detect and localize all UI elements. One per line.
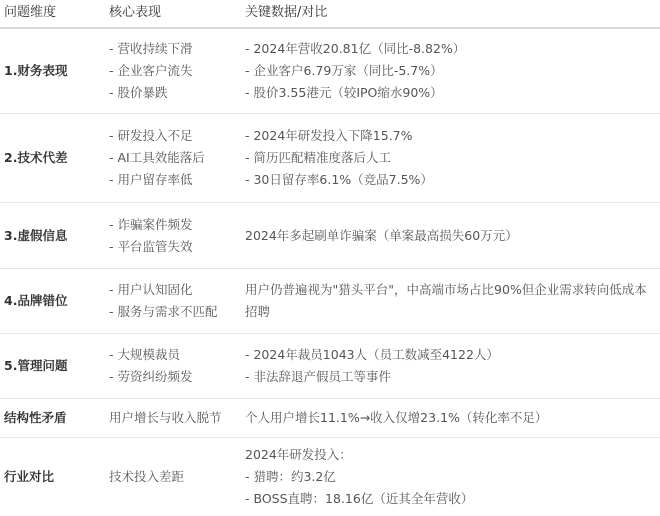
key-data-cell: 用户仍普遍视为"猎头平台"，中高端市场占比90%但企业需求转向低成本招聘 [245,279,660,323]
symptom-item: - 股价暴跌 [109,82,245,104]
dimension-cell: 结构性矛盾 [0,407,109,429]
key-data-cell: - 2024年营收20.81亿（同比-8.82%） - 企业客户6.79万家（同… [245,38,660,104]
symptom-item: - AI工具效能落后 [109,147,245,169]
table-row-false-info: 3.虚假信息 - 诈骗案件频发 - 平台监管失效 2024年多起刷单诈骗案（单案… [0,203,660,269]
symptom-item: - 用户认知固化 [109,279,245,301]
data-item: - 猎聘：约3.2亿 [245,466,654,488]
symptom-item: - 大规模裁员 [109,344,245,366]
data-item: - 2024年营收20.81亿（同比-8.82%） [245,38,654,60]
table-row-brand-misalignment: 4.品牌错位 - 用户认知固化 - 服务与需求不匹配 用户仍普遍视为"猎头平台"… [0,269,660,334]
dimension-cell: 1.财务表现 [0,60,109,82]
dimension-cell: 5.管理问题 [0,355,109,377]
dimension-cell: 行业对比 [0,466,109,488]
symptoms-cell: - 研发投入不足 - AI工具效能落后 - 用户留存率低 [109,125,245,191]
key-data-cell: 个人用户增长11.1%→收入仅增23.1%（转化率不足） [245,407,660,429]
key-data-cell: - 2024年裁员1043人（员工数减至4122人） - 非法辞退产假员工等事件 [245,344,660,388]
table-row-industry-comparison: 行业对比 技术投入差距 2024年研发投入： - 猎聘：约3.2亿 - BOSS… [0,438,660,516]
symptoms-cell: - 用户认知固化 - 服务与需求不匹配 [109,279,245,323]
symptom-item: - 企业客户流失 [109,60,245,82]
symptoms-cell: 技术投入差距 [109,466,245,488]
symptom-item: - 营收持续下滑 [109,38,245,60]
symptom-item: - 研发投入不足 [109,125,245,147]
symptom-item: - 服务与需求不匹配 [109,301,245,323]
header-dimension: 问题维度 [0,2,109,24]
symptom-item: - 劳资纠纷频发 [109,366,245,388]
table-row-structural-conflict: 结构性矛盾 用户增长与收入脱节 个人用户增长11.1%→收入仅增23.1%（转化… [0,399,660,438]
dimension-cell: 4.品牌错位 [0,290,109,312]
symptom-item: - 用户留存率低 [109,169,245,191]
symptoms-cell: - 大规模裁员 - 劳资纠纷频发 [109,344,245,388]
dimension-cell: 3.虚假信息 [0,225,109,247]
data-item: 个人用户增长11.1%→收入仅增23.1%（转化率不足） [245,407,654,429]
table-header-row: 问题维度 核心表现 关键数据/对比 [0,0,660,29]
data-item: - 企业客户6.79万家（同比-5.7%） [245,60,654,82]
key-data-cell: 2024年研发投入： - 猎聘：约3.2亿 - BOSS直聘：18.16亿（近其… [245,444,660,510]
symptom-item: - 诈骗案件频发 [109,214,245,236]
table-row-financial: 1.财务表现 - 营收持续下滑 - 企业客户流失 - 股价暴跌 - 2024年营… [0,29,660,114]
data-item: - 简历匹配精准度落后人工 [245,147,654,169]
key-data-cell: 2024年多起刷单诈骗案（单案最高损失60万元） [245,225,660,247]
header-symptoms: 核心表现 [109,2,245,24]
data-item: 用户仍普遍视为"猎头平台"，中高端市场占比90%但企业需求转向低成本招聘 [245,279,654,323]
data-item: - 2024年研发投入下降15.7% [245,125,654,147]
data-item: - BOSS直聘：18.16亿（近其全年营收） [245,488,654,510]
table-row-management: 5.管理问题 - 大规模裁员 - 劳资纠纷频发 - 2024年裁员1043人（员… [0,334,660,399]
data-item: 2024年多起刷单诈骗案（单案最高损失60万元） [245,225,654,247]
symptom-item: - 平台监管失效 [109,236,245,258]
data-item: - 非法辞退产假员工等事件 [245,366,654,388]
data-item: 2024年研发投入： [245,444,654,466]
symptoms-cell: - 诈骗案件频发 - 平台监管失效 [109,214,245,258]
symptoms-cell: - 营收持续下滑 - 企业客户流失 - 股价暴跌 [109,38,245,104]
symptom-item: 技术投入差距 [109,466,245,488]
problem-analysis-table: 问题维度 核心表现 关键数据/对比 1.财务表现 - 营收持续下滑 - 企业客户… [0,0,660,516]
data-item: - 股价3.55港元（较IPO缩水90%） [245,82,654,104]
symptoms-cell: 用户增长与收入脱节 [109,407,245,429]
header-key-data: 关键数据/对比 [245,2,660,24]
data-item: - 30日留存率6.1%（竞品7.5%） [245,169,654,191]
data-item: - 2024年裁员1043人（员工数减至4122人） [245,344,654,366]
key-data-cell: - 2024年研发投入下降15.7% - 简历匹配精准度落后人工 - 30日留存… [245,125,660,191]
table-row-tech-gap: 2.技术代差 - 研发投入不足 - AI工具效能落后 - 用户留存率低 - 20… [0,114,660,203]
dimension-cell: 2.技术代差 [0,147,109,169]
symptom-item: 用户增长与收入脱节 [109,407,245,429]
